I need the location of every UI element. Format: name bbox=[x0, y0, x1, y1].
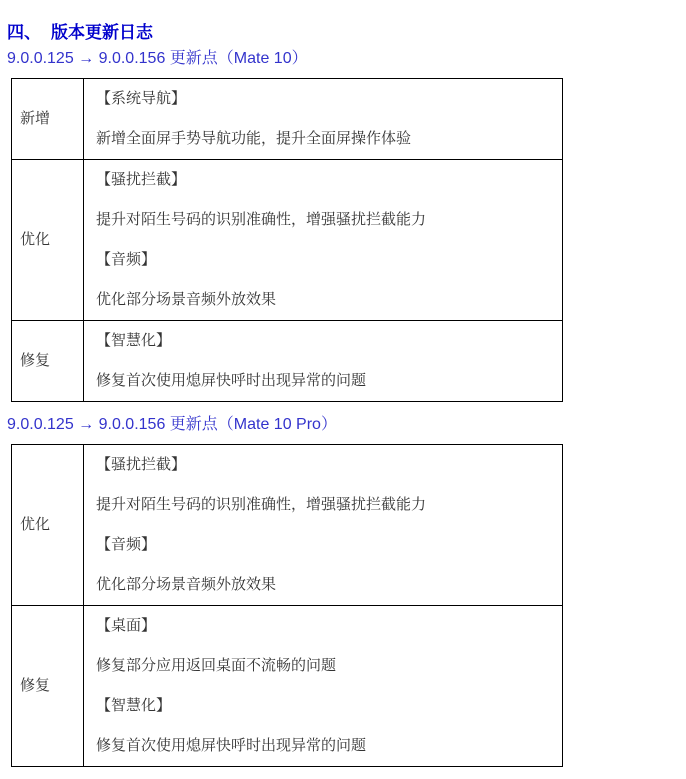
category-cell: 修复 bbox=[12, 606, 84, 767]
content-cell: 【系统导航】新增全面屏手势导航功能，提升全面屏操作体验 bbox=[84, 79, 563, 160]
update-paragraph: 【系统导航】 bbox=[96, 89, 550, 109]
content-cell: 【桌面】修复部分应用返回桌面不流畅的问题【智慧化】修复首次使用熄屏快呼时出现异常… bbox=[84, 606, 563, 767]
content-cell: 【智慧化】修复首次使用熄屏快呼时出现异常的问题 bbox=[84, 321, 563, 402]
update-table-body: 新增 【系统导航】新增全面屏手势导航功能，提升全面屏操作体验 优化 【骚扰拦截】… bbox=[12, 79, 563, 402]
version-subtitle: 9.0.0.125 → 9.0.0.156 更新点（Mate 10） bbox=[7, 48, 676, 70]
update-table-body: 优化 【骚扰拦截】提升对陌生号码的识别准确性，增强骚扰拦截能力【音频】优化部分场… bbox=[12, 445, 563, 767]
update-paragraph: 【骚扰拦截】 bbox=[96, 455, 550, 475]
update-paragraph: 【智慧化】 bbox=[96, 696, 550, 716]
category-cell: 优化 bbox=[12, 160, 84, 321]
table-row: 修复 【桌面】修复部分应用返回桌面不流畅的问题【智慧化】修复首次使用熄屏快呼时出… bbox=[12, 606, 563, 767]
update-table: 新增 【系统导航】新增全面屏手势导航功能，提升全面屏操作体验 优化 【骚扰拦截】… bbox=[11, 78, 563, 402]
version-section: 9.0.0.125 → 9.0.0.156 更新点（Mate 10） 新增 【系… bbox=[7, 48, 676, 402]
update-paragraph: 【音频】 bbox=[96, 535, 550, 555]
category-cell: 修复 bbox=[12, 321, 84, 402]
content-cell: 【骚扰拦截】提升对陌生号码的识别准确性，增强骚扰拦截能力【音频】优化部分场景音频… bbox=[84, 160, 563, 321]
table-row: 修复 【智慧化】修复首次使用熄屏快呼时出现异常的问题 bbox=[12, 321, 563, 402]
update-paragraph: 提升对陌生号码的识别准确性，增强骚扰拦截能力 bbox=[96, 495, 550, 515]
document: 四、版本更新日志 9.0.0.125 → 9.0.0.156 更新点（Mate … bbox=[7, 22, 676, 767]
content-cell: 【骚扰拦截】提升对陌生号码的识别准确性，增强骚扰拦截能力【音频】优化部分场景音频… bbox=[84, 445, 563, 606]
update-paragraph: 【骚扰拦截】 bbox=[96, 170, 550, 190]
update-paragraph: 修复首次使用熄屏快呼时出现异常的问题 bbox=[96, 371, 550, 391]
table-row: 优化 【骚扰拦截】提升对陌生号码的识别准确性，增强骚扰拦截能力【音频】优化部分场… bbox=[12, 160, 563, 321]
update-paragraph: 【桌面】 bbox=[96, 616, 550, 636]
update-paragraph: 优化部分场景音频外放效果 bbox=[96, 290, 550, 310]
page-title: 四、版本更新日志 bbox=[7, 22, 676, 44]
table-row: 优化 【骚扰拦截】提升对陌生号码的识别准确性，增强骚扰拦截能力【音频】优化部分场… bbox=[12, 445, 563, 606]
update-paragraph: 【智慧化】 bbox=[96, 331, 550, 351]
update-paragraph: 提升对陌生号码的识别准确性，增强骚扰拦截能力 bbox=[96, 210, 550, 230]
category-cell: 新增 bbox=[12, 79, 84, 160]
version-sections: 9.0.0.125 → 9.0.0.156 更新点（Mate 10） 新增 【系… bbox=[7, 48, 676, 767]
update-paragraph: 修复首次使用熄屏快呼时出现异常的问题 bbox=[96, 736, 550, 756]
heading-title: 版本更新日志 bbox=[51, 23, 153, 42]
update-paragraph: 修复部分应用返回桌面不流畅的问题 bbox=[96, 656, 550, 676]
category-cell: 优化 bbox=[12, 445, 84, 606]
update-paragraph: 优化部分场景音频外放效果 bbox=[96, 575, 550, 595]
version-section: 9.0.0.125 → 9.0.0.156 更新点（Mate 10 Pro） 优… bbox=[7, 414, 676, 767]
table-row: 新增 【系统导航】新增全面屏手势导航功能，提升全面屏操作体验 bbox=[12, 79, 563, 160]
update-paragraph: 新增全面屏手势导航功能，提升全面屏操作体验 bbox=[96, 129, 550, 149]
heading-number: 四、 bbox=[7, 23, 41, 42]
update-table: 优化 【骚扰拦截】提升对陌生号码的识别准确性，增强骚扰拦截能力【音频】优化部分场… bbox=[11, 444, 563, 767]
update-paragraph: 【音频】 bbox=[96, 250, 550, 270]
version-subtitle: 9.0.0.125 → 9.0.0.156 更新点（Mate 10 Pro） bbox=[7, 414, 676, 436]
